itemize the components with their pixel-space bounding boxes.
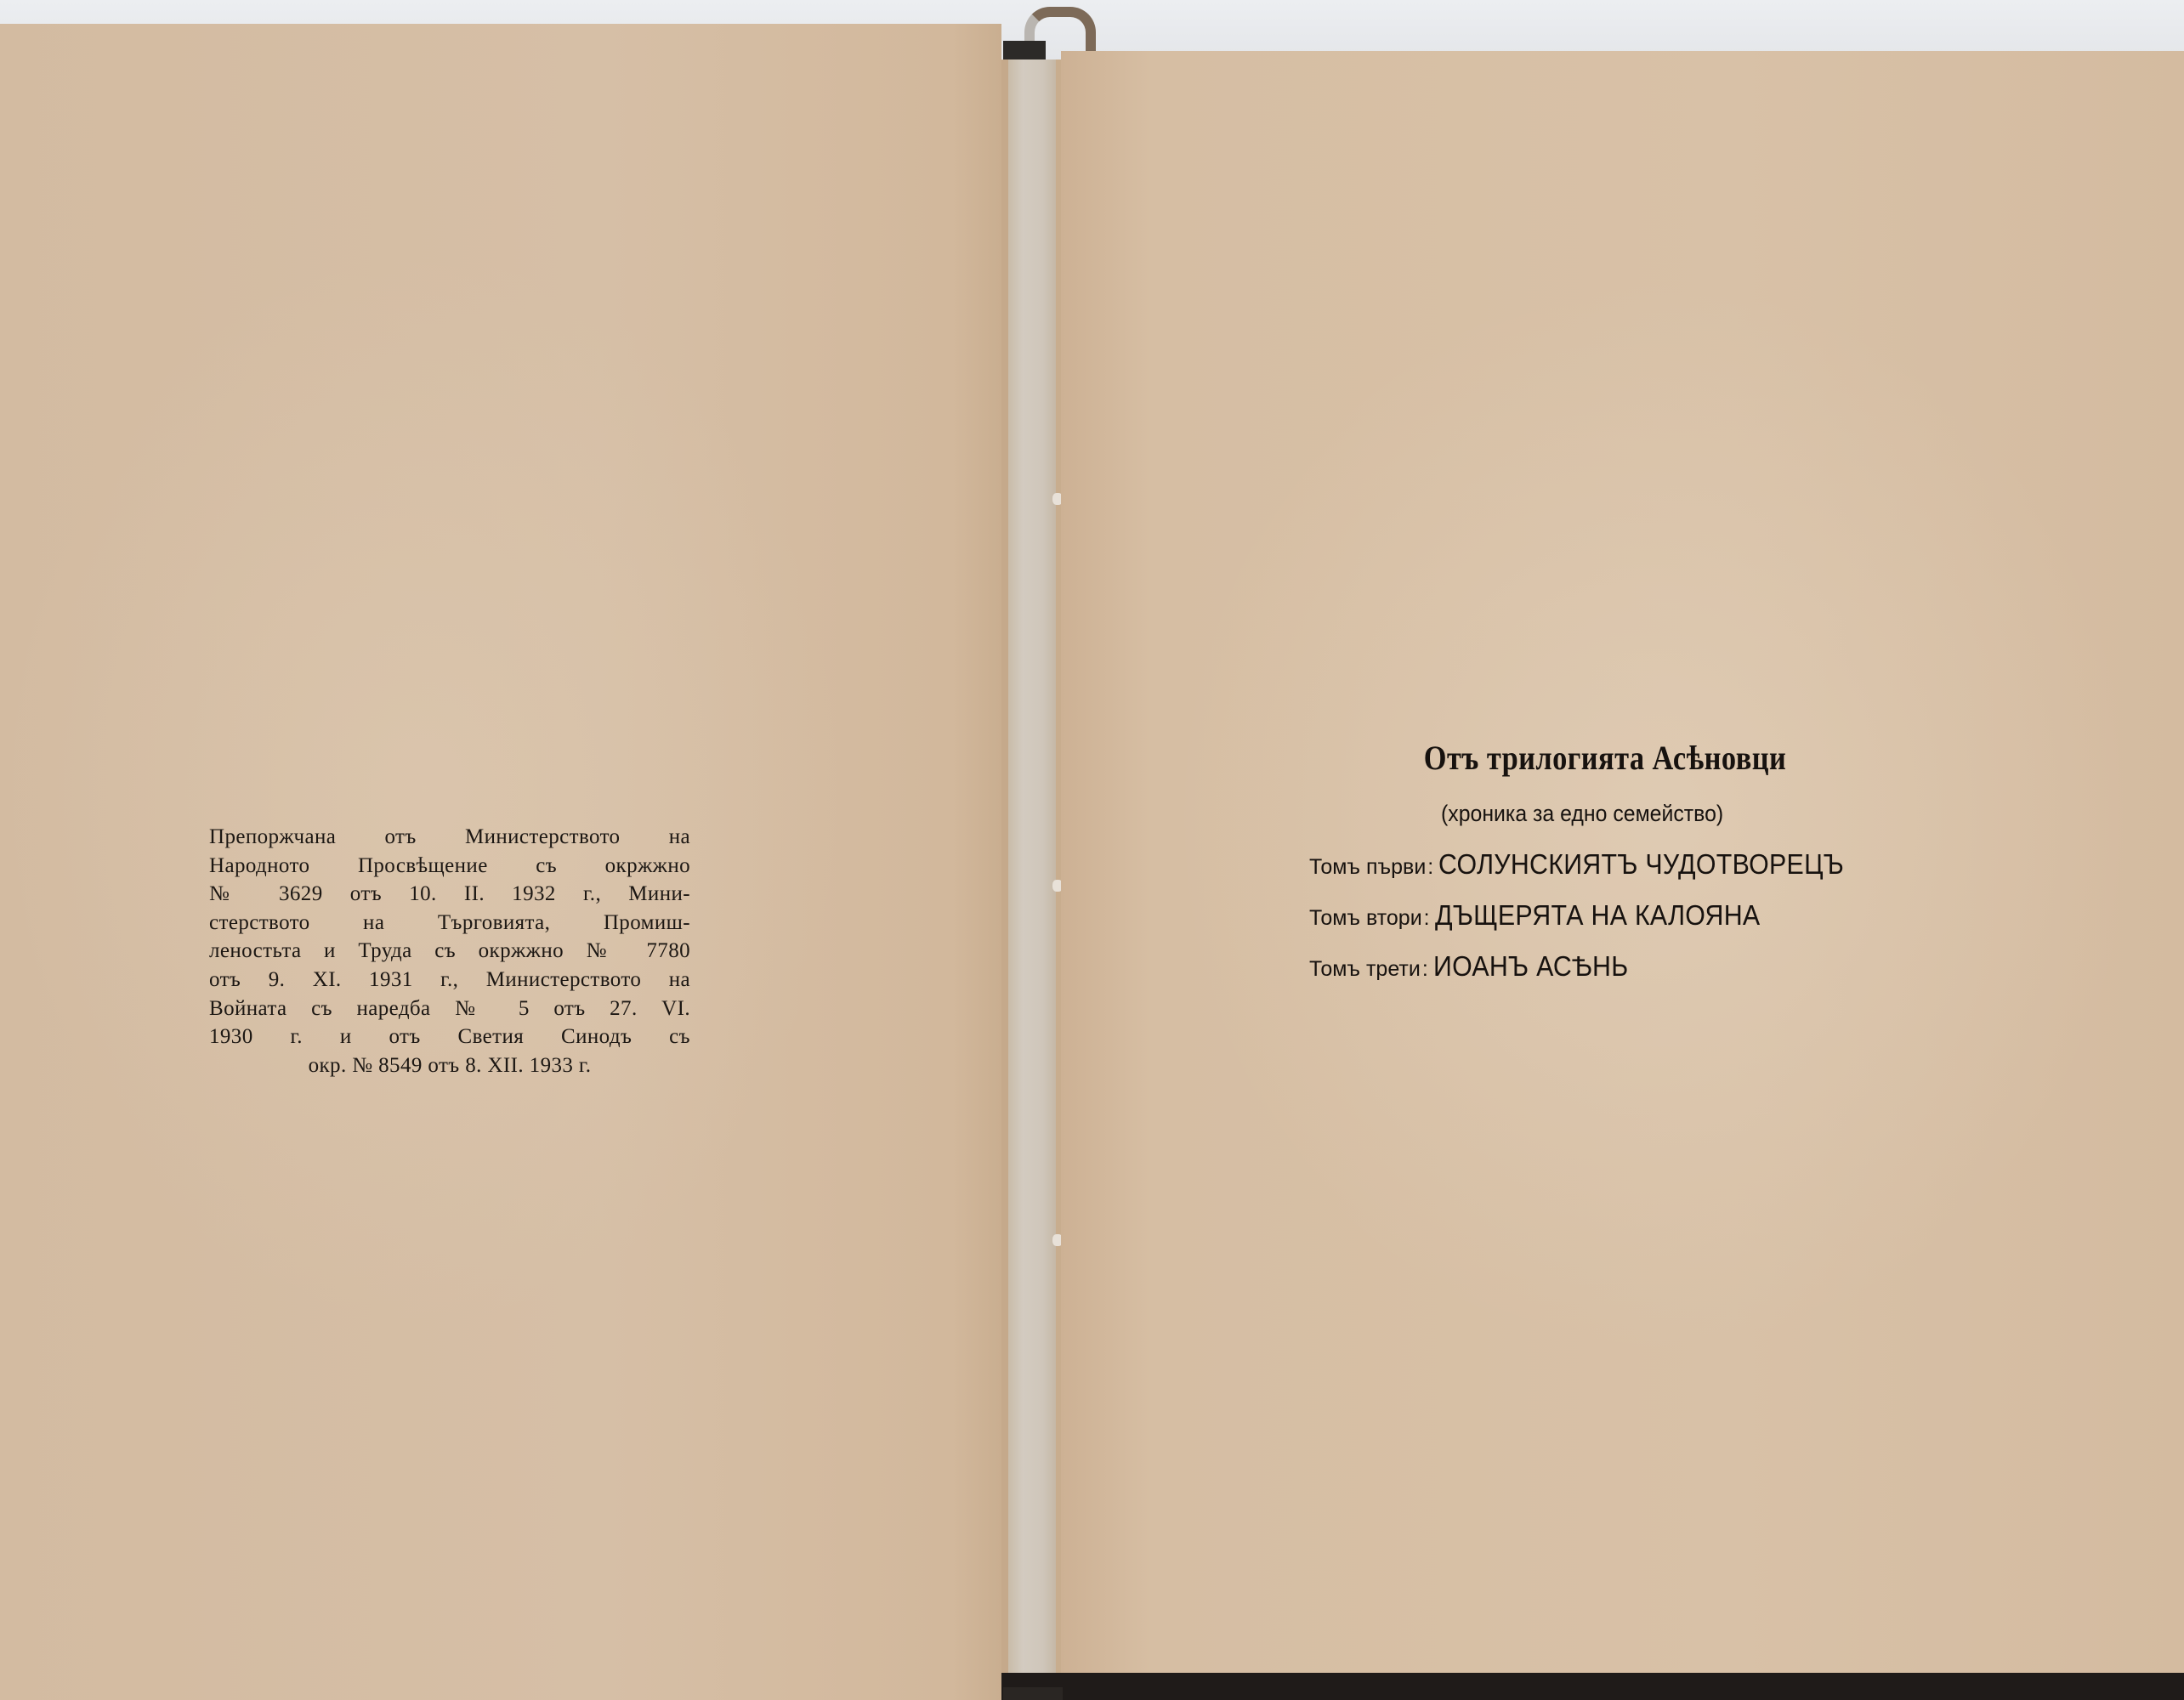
approval-line: Препоржчана отъ Министерството на xyxy=(209,823,690,852)
approval-line: Войната съ наредба № 5 отъ 27. VI. xyxy=(209,994,690,1023)
series-title: Отъ трилогията Асѣновци xyxy=(1386,738,1824,778)
approval-line: № 3629 отъ 10. II. 1932 г., Мини- xyxy=(209,880,690,909)
volume-title: СОЛУНСКИЯТЪ ЧУДОТВОРЕЦЪ xyxy=(1438,848,1844,881)
volume-title: ИОАНЪ АСѢНЬ xyxy=(1433,950,1628,983)
volume-label: Томъ трети xyxy=(1309,957,1421,981)
volume-separator: : xyxy=(1422,957,1428,981)
approval-line: Народното Просвѣщение съ окржжно xyxy=(209,852,690,881)
volume-entry: Томъ първи:СОЛУНСКИЯТЪ ЧУДОТВОРЕЦЪ xyxy=(1309,848,1880,881)
volume-entry: Томъ втори:ДЪЩЕРЯТА НА КАЛОЯНА xyxy=(1309,899,1788,932)
volume-separator: : xyxy=(1424,906,1430,930)
book-cover-top-edge xyxy=(1003,41,1046,59)
volume-label: Томъ първи xyxy=(1309,855,1426,879)
approval-line: леностьта и Труда съ окржжно № 7780 xyxy=(209,937,690,966)
approval-line: отъ 9. XI. 1931 г., Министерството на xyxy=(209,966,690,994)
approval-line: окр. № 8549 отъ 8. XII. 1933 г. xyxy=(209,1051,690,1080)
volume-separator: : xyxy=(1427,855,1433,879)
book-cover-spine-bottom xyxy=(1003,1687,1063,1700)
series-subtitle: (хроника за едно семейство) xyxy=(1441,801,1723,827)
volume-title: ДЪЩЕРЯТА НА КАЛОЯНА xyxy=(1435,899,1760,932)
approval-line: стерството на Търговията, Промиш- xyxy=(209,909,690,938)
book-cover-bottom-edge xyxy=(1001,1673,2184,1700)
volume-label: Томъ втори xyxy=(1309,906,1422,930)
book-spine-strip xyxy=(1008,59,1058,1691)
volume-entry: Томъ трети:ИОАНЪ АСѢНЬ xyxy=(1309,950,1645,983)
approval-line: 1930 г. и отъ Светия Синодъ съ xyxy=(209,1023,690,1051)
approval-notice: Препоржчана отъ Министерството на Народн… xyxy=(209,823,690,1079)
